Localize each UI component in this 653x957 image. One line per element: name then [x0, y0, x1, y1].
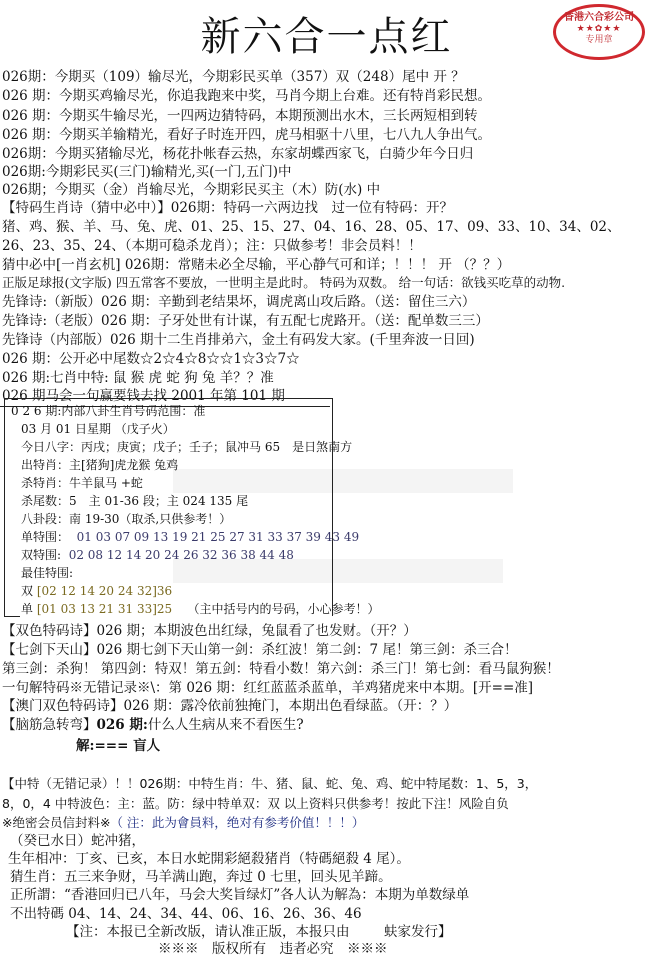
box-right-edge — [332, 398, 333, 606]
text-line: 【澳门双色特码诗】026 期：露冷依前独掩门，本期出色看绿蓝。（开：？） — [2, 697, 457, 715]
text-line: 猜中必中[一肖玄机] 026期：常赌未必全尽输，平心静气可和详；！！！ 开 （？… — [2, 256, 510, 274]
text-line: 026 期：公开必中尾数☆2☆4☆8☆☆1☆3☆7☆ — [2, 350, 300, 368]
notice-left: 【注：本报已全新改版，请认准正版，本报只由 — [66, 923, 350, 941]
official-seal-stamp: 香港六合彩公司 ★★✿★★ 专用章 — [553, 4, 645, 60]
text-line: 8，0，4 中特波色：主：蓝。防：绿中特单双：双 以上资料只供参考！按此下注！风… — [2, 795, 509, 813]
text-line: 026 期:七肖中特: 鼠 猴 虎 蛇 狗 兔 羊？？准 — [2, 369, 274, 387]
text-line: 猪、鸡、猴、羊、马、兔、虎、01、25、15、27、04、16、28、05、17… — [2, 218, 621, 236]
odd-numbers: 01 03 07 09 13 19 21 25 27 31 33 37 39 4… — [77, 530, 359, 544]
text-line: 【中特（无错记录）！！026期：中特生肖：牛、猪、鼠、蛇、兔、鸡、蛇中特尾数：1… — [2, 775, 537, 793]
box-even-row: 双特围: 02 08 12 14 20 24 26 32 36 38 44 48 — [21, 547, 294, 563]
member-line: ※绝密会员信封料※（ 注：此为會員料，绝对有参考价值！！！） — [2, 814, 364, 832]
notice-right: 蚨家发行】 — [384, 923, 452, 941]
text-line: 不出特碼 04、14、24、34、44、06、16、26、36、46 — [10, 905, 362, 923]
text-line: 26、23、35、24、（本期可稳杀龙肖）；注：只做参考！非会员料！！ — [2, 237, 422, 255]
stamp-stars-icon: ★★✿★★ — [556, 23, 642, 35]
best-odd-numbers: [01 03 13 21 31 33]25 — [37, 602, 172, 616]
box-odd-row: 单特围： 01 03 07 09 13 19 21 25 27 31 33 37… — [21, 529, 359, 545]
text-line: 生年相冲：丁亥、已亥，本日水蛇開彩絕殺猪肖（特碼絕殺 4 尾）。 — [8, 850, 410, 868]
best-even-numbers: [02 12 14 20 24 32]36 — [37, 584, 172, 598]
text-line: 026 期：今期买羊输精光，看好子时连开四，虎马相驱十八里，七八九人争出气。 — [2, 126, 491, 144]
copyright: ※※※ 版权所有 违者必究 ※※※ — [158, 940, 388, 957]
box-best-even-row: 双 [02 12 14 20 24 32]36 — [21, 583, 172, 599]
box-bazi: 今日八字：丙戌；庚寅；戊子；壬子；鼠冲马 65 是日煞南方 — [21, 439, 352, 455]
box-corner — [4, 616, 20, 617]
text-line: 第三剑：杀狗！ 第四剑：特双！第五剑：特看小数！第六剑：杀三门！第七剑：看马鼠狗… — [2, 660, 560, 678]
riddle-answer: 解:=== 盲人 — [76, 737, 160, 755]
riddle-line: 【脑筋急转弯】026 期:什么人生病从来不看医生? — [2, 716, 304, 734]
box-out-zodiac: 出特肖：主[猪狗]虎龙猴 兔鸡 — [21, 457, 178, 473]
box-bagua: 八卦段：南 19-30（取杀,只供参考！） — [21, 511, 231, 527]
text-line: 猜生肖：五三来争财，马羊满山跑，奔过 0 七里，回头见羊蹄。 — [10, 868, 392, 886]
text-line: 一句解特码※无错记录※\：第 026 期：红红蓝蓝杀蓝单，羊鸡猪虎来中本期。[开… — [2, 679, 533, 697]
bagua-range-box: 0 2 6 期:内部八卦生肖号码范围：准 03 月 01 日星期 （戊子火） 今… — [4, 398, 333, 616]
box-kill-zodiac: 杀特肖：牛羊鼠马 +蛇 — [21, 475, 143, 491]
text-line: 026期；今期买（金）肖输尽光，今期彩民买主（木）防(水) 中 — [2, 181, 380, 199]
text-line: 先锋诗:（新版）026 期：辛勤到老结果坏，调虎离山攻后路。（送：留住三六） — [2, 293, 475, 311]
text-line: 【双色特码诗】026 期；本期波色出红绿，兔鼠看了也发财。（开？） — [2, 622, 417, 640]
even-numbers: 02 08 12 14 20 24 26 32 36 38 44 48 — [69, 548, 294, 562]
text-line: 先锋诗（内部版）026 期十二生肖排弟六，金土有码发大家。(千里奔波一日回) — [2, 331, 475, 349]
stamp-top-text: 香港六合彩公司 — [556, 12, 642, 23]
box-kill-tail: 杀尾数：5 主 01-36 段；主 024 135 尾 — [21, 493, 248, 509]
text-line: 正版足球报(文字版) 四五常客不要放，一世明主是此时。 特码为双数。 给一句话：… — [2, 274, 565, 292]
member-note: （ 注：此为會員料，绝对有参考价值！！！） — [110, 815, 364, 830]
box-best-label: 最佳特围: — [21, 565, 73, 581]
text-line: 先锋诗:（老版）026 期：子牙处世有计谋，有五配七虎路开。（送：配单数三三） — [2, 312, 489, 330]
text-line: 026期：今期买（109）输尽光，今期彩民买单（357）双（248）尾中 开 ？ — [2, 68, 465, 86]
text-line: 026 期：今期买鸡输尽光，你追我跑来中奖，马肖今期上台难。还有特肖彩民想。 — [2, 87, 491, 105]
text-line: （癸已水日）蛇冲猪， — [10, 832, 145, 850]
box-header: 0 2 6 期:内部八卦生肖号码范围：准 — [11, 403, 205, 419]
text-line: 026期：今期买猪输尽光，杨花扑帐春云热，东家胡蝶西家飞，白骑少年今日归 — [2, 145, 473, 163]
text-line: 026期:今期彩民买(三门)输精光,买(一门,五门)中 — [2, 163, 291, 181]
text-line: 【特码生肖诗（猜中必中）】026期：特码一六两边找 过一位有特码：开？ — [2, 199, 453, 217]
text-line: 【七剑下天山】026 期七剑下天山第一剑：杀红波！第二剑：7 尾！第三剑：杀三合… — [2, 641, 517, 659]
text-line: 正所謂：“香港回归已八年，马会大奖旨绿灯”各人认为解為：本期为单数绿单 — [10, 886, 469, 904]
stamp-bottom-text: 专用章 — [556, 35, 642, 46]
box-best-odd-row: 单 [01 03 13 21 31 33]25 （主中括号内的号码，小心参考！） — [21, 601, 379, 617]
box-date: 03 月 01 日星期 （戊子火） — [21, 421, 175, 437]
text-line: 026 期：今期买牛输尽光，一四两边猜特码，本期预测出水木，三长两短相到转 — [2, 107, 478, 125]
